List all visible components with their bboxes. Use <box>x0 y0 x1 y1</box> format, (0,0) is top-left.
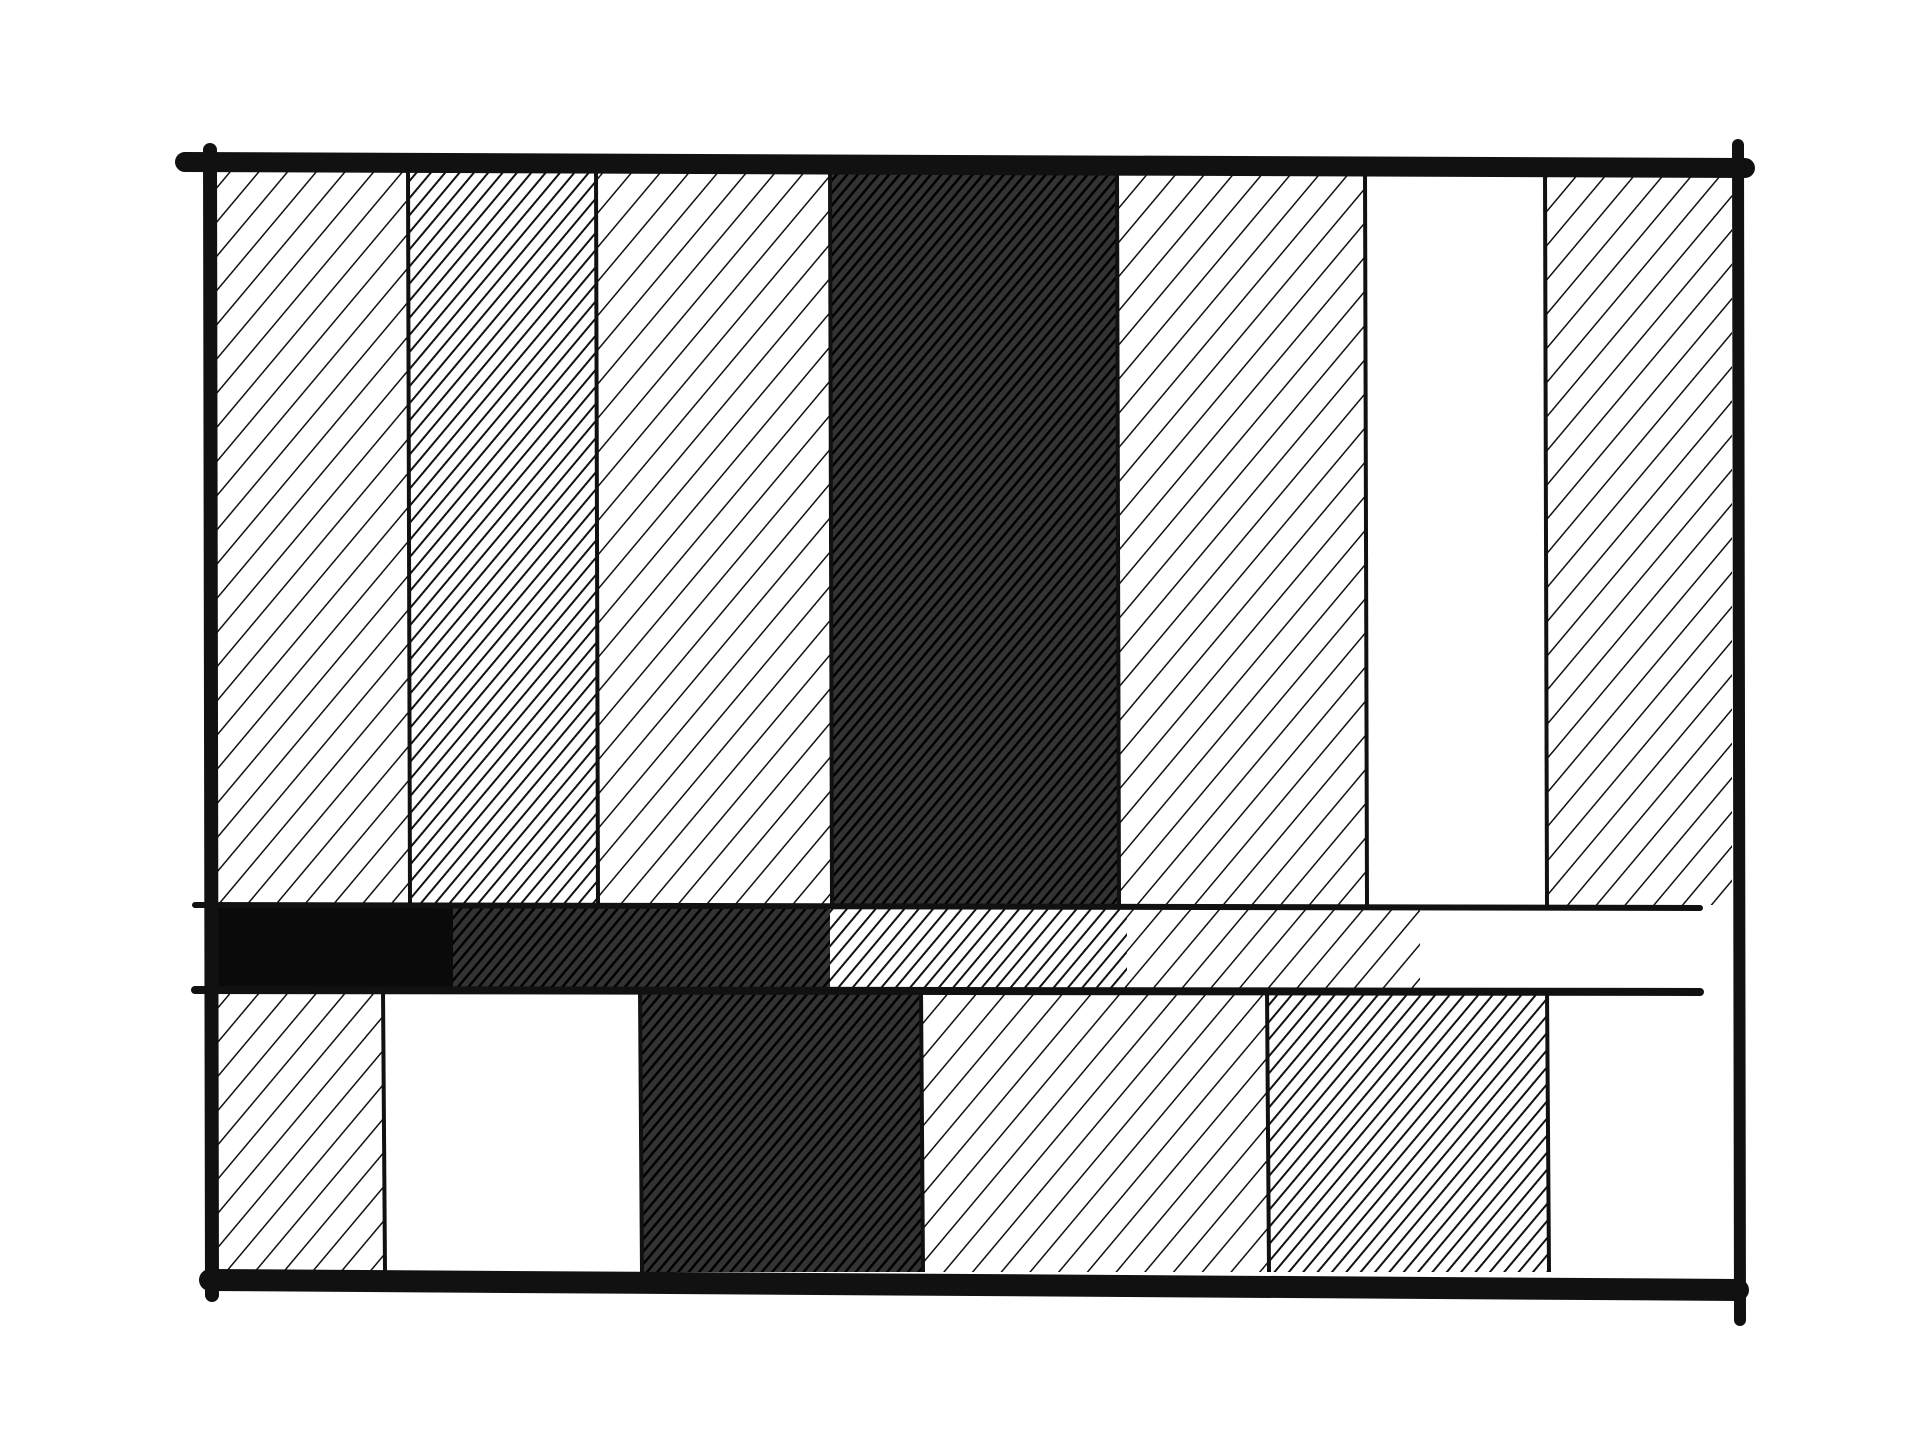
column-divider <box>640 990 642 1272</box>
bottom-band-cell <box>921 990 1267 1272</box>
column-divider <box>1117 170 1119 905</box>
column-divider <box>921 990 923 1272</box>
column-divider <box>1547 990 1549 1272</box>
bottom-band-cell <box>383 990 640 1272</box>
frame-right <box>1738 145 1740 1320</box>
column-divider <box>383 990 385 1272</box>
band-rule-top <box>195 905 1700 908</box>
bottom-band-cell <box>1547 990 1732 1272</box>
band-rule-bottom <box>195 990 1700 992</box>
column-divider <box>1267 990 1269 1272</box>
middle-band-cell <box>830 905 1127 990</box>
middle-band-cell <box>453 905 830 990</box>
bottom-band-cell <box>640 990 921 1272</box>
top-band-cell <box>408 170 596 905</box>
column-divider <box>1365 170 1367 905</box>
frame-bottom <box>210 1280 1738 1290</box>
top-band-cell <box>830 170 1117 905</box>
grid-cells <box>208 170 1732 1272</box>
column-divider <box>596 170 598 905</box>
middle-band-cell <box>208 905 453 990</box>
top-band-cell <box>208 170 408 905</box>
column-divider <box>830 170 832 905</box>
top-band-cell <box>1545 170 1732 905</box>
middle-band-cell <box>1420 905 1700 990</box>
bottom-band-cell <box>1267 990 1547 1272</box>
frame-top <box>185 162 1745 168</box>
top-band-cell <box>596 170 830 905</box>
frame-left <box>210 150 212 1295</box>
top-band-cell <box>1365 170 1545 905</box>
middle-band-cell <box>1127 905 1420 990</box>
top-band-cell <box>1117 170 1365 905</box>
column-divider <box>408 170 410 905</box>
bottom-band-cell <box>208 990 383 1272</box>
column-divider <box>1545 170 1547 905</box>
hatched-grid-sketch <box>0 0 1920 1453</box>
